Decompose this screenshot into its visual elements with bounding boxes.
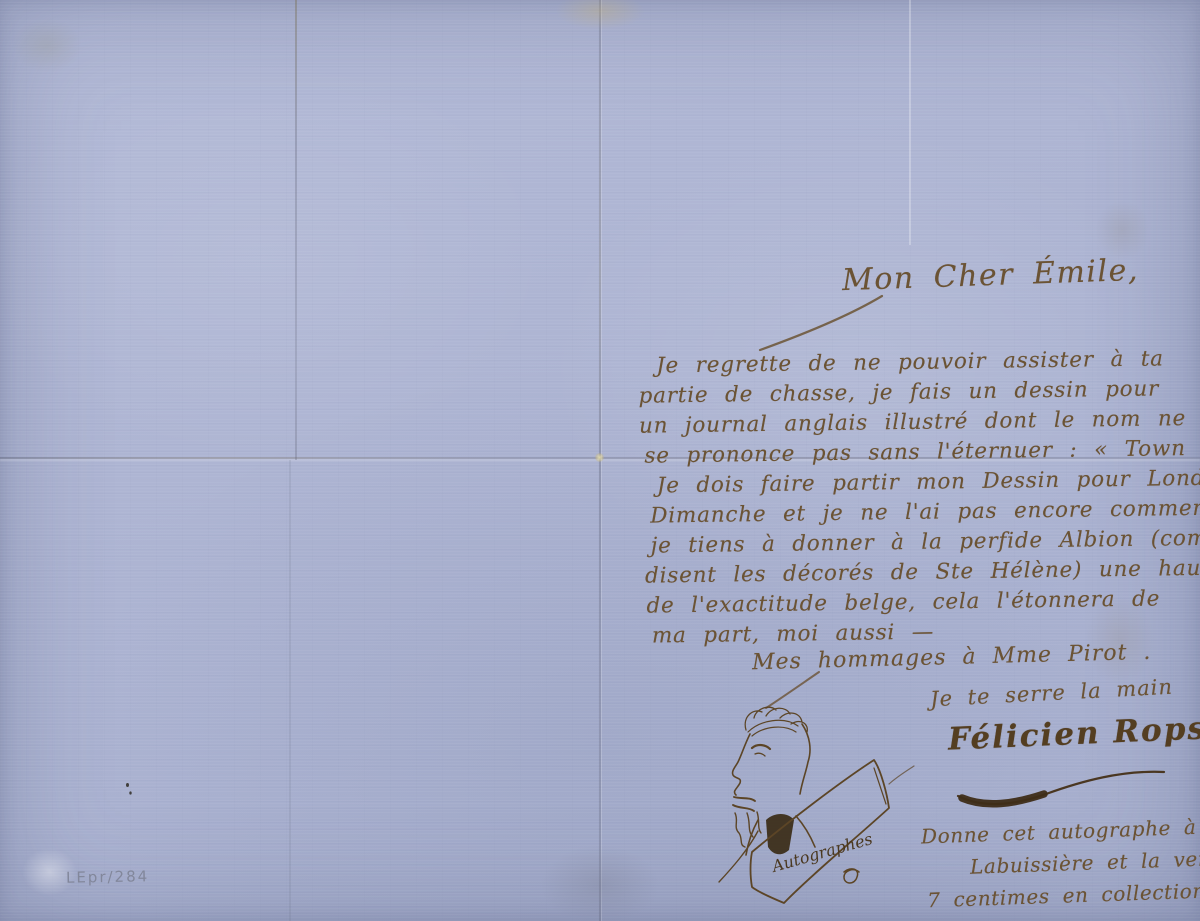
postscript: Donne cet autographe à Labuissière et la… [920,810,1200,917]
letter-body: Je regrette de ne pouvoir assister à ta … [638,342,1200,651]
ink-speck [126,783,129,787]
letter-scan: Mon Cher Émile, Je regrette de ne pouvoi… [0,0,1200,921]
ink-speck [129,791,131,794]
inventory-number-note: LEpr/284 [66,867,150,886]
